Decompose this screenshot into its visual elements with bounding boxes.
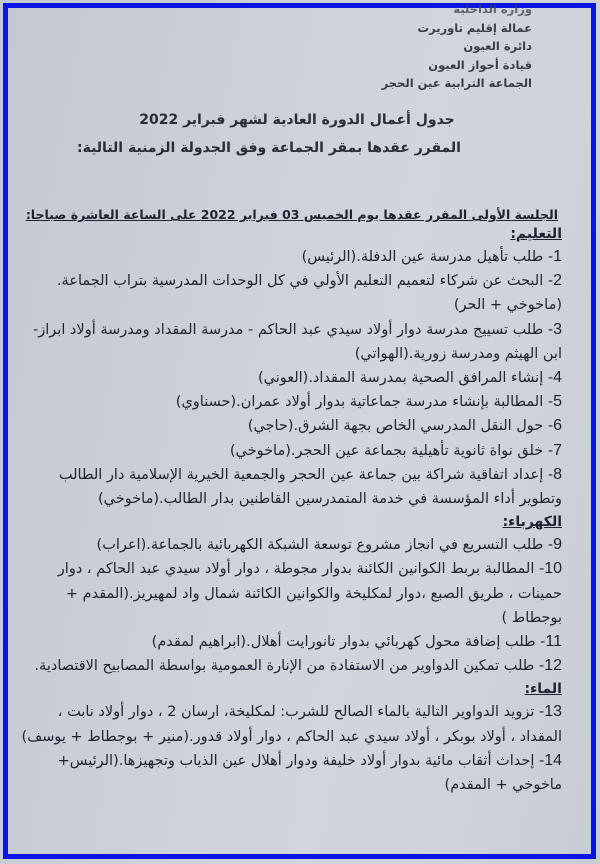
agenda-item: 7- خلق نواة ثانوية تأهيلية بجماعة عين ال… — [14, 439, 562, 463]
agenda-item: 3- طلب تسييج مدرسة دوار أولاد سيدي عبد ا… — [14, 318, 562, 366]
letterhead-line: عمالة إقليم تاوريرت — [382, 19, 532, 38]
item-owner: (حسناوي) — [176, 394, 236, 410]
scanned-page: وزارة الداخلية عمالة إقليم تاوريرت دائرة… — [0, 0, 600, 864]
item-owner: (ماخوخي + الحر) — [454, 297, 562, 313]
section-heading-education: التعليم: — [14, 223, 562, 245]
agenda-item: 1- طلب تأهيل مدرسة عين الدفلة.(الرئيس) — [14, 245, 562, 269]
item-owner: (الهواتي) — [355, 346, 409, 362]
item-owner: (العوني) — [258, 370, 308, 386]
item-owner: (منير + بوجطاط + يوسف) — [22, 729, 189, 745]
agenda-title: جدول أعمال الدورة العادية لشهر فبراير 20… — [8, 106, 586, 162]
item-owner: (حاجي) — [248, 418, 294, 434]
item-owner: (الرئيس) — [302, 249, 357, 265]
document: وزارة الداخلية عمالة إقليم تاوريرت دائرة… — [8, 8, 586, 850]
letterhead-line: قيادة أحواز العيون — [382, 56, 532, 75]
title-line-2: المقرر عقدها بمقر الجماعة وفق الجدولة ال… — [8, 134, 586, 162]
section-heading-electricity: الكهرباء: — [14, 511, 562, 533]
item-owner: (ابراهيم لمقدم) — [152, 634, 246, 650]
session-heading: الجلسة الأولى المقرر عقدها يوم الخميس 03… — [14, 206, 562, 223]
agenda-item: 12- طلب تمكين الدواوير من الاستفادة من ا… — [14, 654, 562, 678]
section-heading-water: الماء: — [14, 678, 562, 700]
item-owner: (ماخوخي) — [230, 443, 291, 459]
title-line-1: جدول أعمال الدورة العادية لشهر فبراير 20… — [8, 106, 586, 134]
agenda-item: 14- إحداث أثقاب مائية بدوار أولاد خليفة … — [14, 749, 562, 797]
agenda-item: 9- طلب التسريع في انجاز مشروع توسعة الشب… — [14, 533, 562, 557]
letterhead-line: دائرة العيون — [382, 37, 532, 56]
agenda-item: 6- حول النقل المدرسي الخاص بجهة الشرق.(ح… — [14, 414, 562, 438]
agenda-item: 4- إنشاء المرافق الصحية بمدرسة المقداد.(… — [14, 366, 562, 390]
letterhead-line: وزارة الداخلية — [382, 0, 532, 19]
letterhead: وزارة الداخلية عمالة إقليم تاوريرت دائرة… — [382, 0, 532, 93]
item-owner: (ماخوخي) — [98, 491, 159, 507]
agenda-item: 10- المطالبة بربط الكوانين الكائنة بدوار… — [14, 557, 562, 630]
letterhead-line: الجماعة الترابية عين الحجر — [382, 74, 532, 93]
agenda-item: 5- المطالبة بإنشاء مدرسة جماعاتية بدوار … — [14, 390, 562, 414]
item-owner: (اعراب) — [97, 537, 147, 553]
agenda-item: 13- تزويد الدواوير التالية بالماء الصالح… — [14, 700, 562, 748]
agenda-item: 2- البحث عن شركاء لتعميم التعليم الأولي … — [14, 269, 562, 317]
agenda-item: 8- إعداد اتفاقية شراكة بين جماعة عين الح… — [14, 463, 562, 511]
agenda-body: الجلسة الأولى المقرر عقدها يوم الخميس 03… — [14, 206, 562, 797]
agenda-item: 11- طلب إضافة محول كهربائي بدوار تانوراي… — [14, 630, 562, 654]
